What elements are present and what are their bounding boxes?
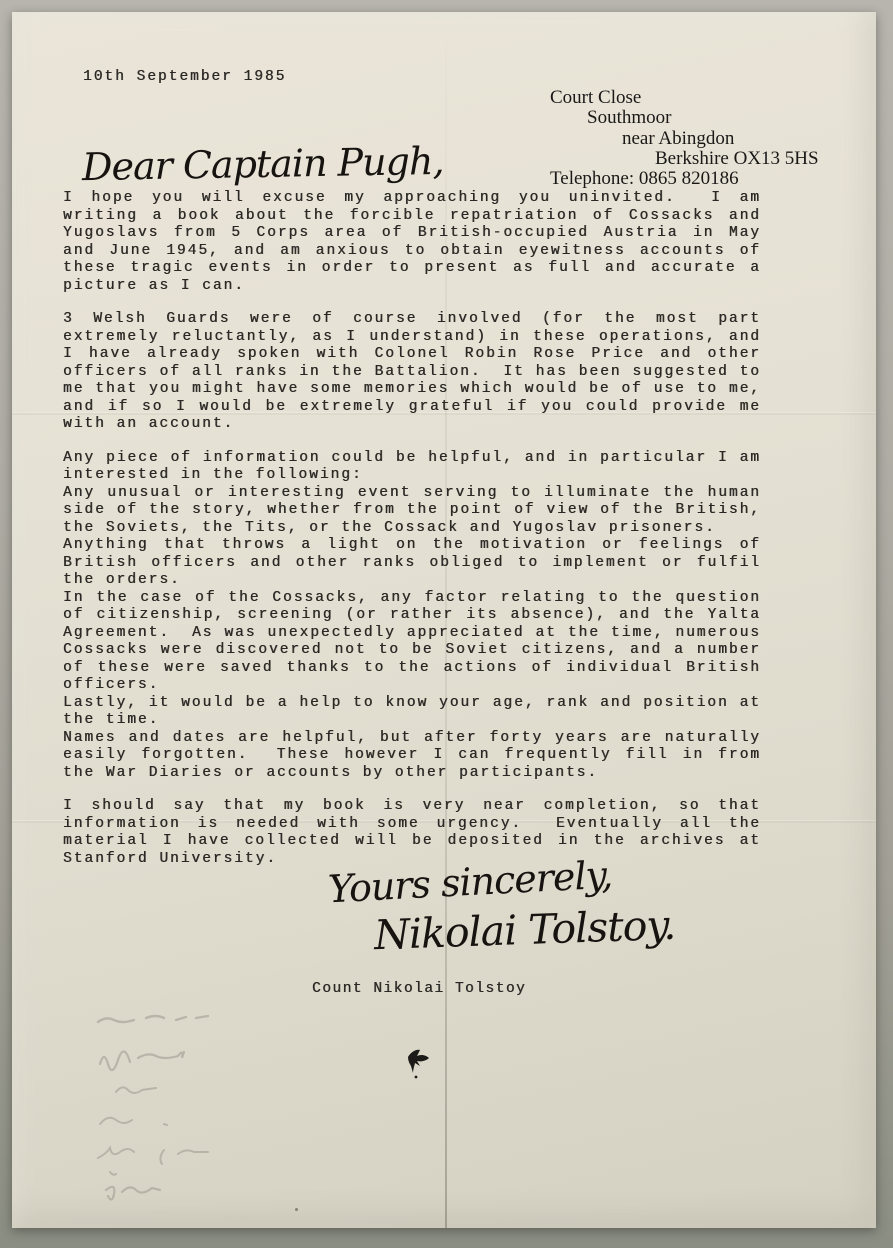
letter-page: 10th September 1985 Court CloseSouthmoor…: [12, 12, 876, 1228]
letter-line: Agreement. As was unexpectedly appreciat…: [63, 625, 761, 643]
body-paragraph: I hope you will excuse my approaching yo…: [63, 190, 761, 295]
paper-speck: [295, 1208, 298, 1211]
letter-line: I have already spoken with Colonel Robin…: [63, 346, 761, 364]
date-line: 10th September 1985: [83, 69, 286, 87]
letter-line: of citizenship, screening (or rather its…: [63, 607, 761, 625]
typed-signature: Count Nikolai Tolstoy: [312, 981, 526, 999]
letter-line: and June 1945, and am anxious to obtain …: [63, 243, 761, 261]
address-line: near Abingdon: [622, 129, 819, 149]
letter-line: I should say that my book is very near c…: [63, 798, 761, 816]
photo-background: 10th September 1985 Court CloseSouthmoor…: [0, 0, 893, 1248]
address-line: Court Close: [550, 88, 819, 108]
letter-body: I hope you will excuse my approaching yo…: [63, 190, 761, 884]
letter-line: British officers and other ranks obliged…: [63, 555, 761, 573]
letter-line: and if so I would be extremely grateful …: [63, 399, 761, 417]
greeting-handwritten: Dear Captain Pugh,: [82, 139, 444, 189]
letter-line: 3 Welsh Guards were of course involved (…: [63, 311, 761, 329]
letter-line: picture as I can.: [63, 278, 761, 296]
pencil-scribbles: [76, 1012, 246, 1207]
letter-line: easily forgotten. These however I can fr…: [63, 747, 761, 765]
address-line: Southmoor: [587, 108, 819, 128]
letter-line: extremely reluctantly, as I understand) …: [63, 329, 761, 347]
letter-line: with an account.: [63, 416, 761, 434]
body-paragraph: Any piece of information could be helpfu…: [63, 450, 761, 783]
letter-line: writing a book about the forcible repatr…: [63, 208, 761, 226]
letter-line: the Soviets, the Tits, or the Cossack an…: [63, 520, 761, 538]
address-line: Telephone: 0865 820186: [550, 169, 819, 189]
letter-line: the War Diaries or accounts by other par…: [63, 765, 761, 783]
letter-line: me that you might have some memories whi…: [63, 381, 761, 399]
signature-handwritten: Nikolai Tolstoy.: [373, 901, 676, 959]
letter-line: interested in the following:: [63, 467, 761, 485]
address-line: Berkshire OX13 5HS: [655, 149, 819, 169]
letter-line: Cossacks were discovered not to be Sovie…: [63, 642, 761, 660]
return-address: Court CloseSouthmoornear AbingdonBerkshi…: [550, 88, 819, 189]
letter-line: of these were saved thanks to the action…: [63, 660, 761, 678]
letter-line: side of the story, whether from the poin…: [63, 502, 761, 520]
ink-blot: [402, 1047, 436, 1083]
letter-line: In the case of the Cossacks, any factor …: [63, 590, 761, 608]
letter-line: Any piece of information could be helpfu…: [63, 450, 761, 468]
letter-line: the time.: [63, 712, 761, 730]
letter-line: officers of all ranks in the Battalion. …: [63, 364, 761, 382]
letter-line: Names and dates are helpful, but after f…: [63, 730, 761, 748]
letter-line: officers.: [63, 677, 761, 695]
body-paragraph: 3 Welsh Guards were of course involved (…: [63, 311, 761, 434]
letter-line: the orders.: [63, 572, 761, 590]
letter-line: material I have collected will be deposi…: [63, 833, 761, 851]
letter-line: information is needed with some urgency.…: [63, 816, 761, 834]
letter-line: Any unusual or interesting event serving…: [63, 485, 761, 503]
letter-line: Lastly, it would be a help to know your …: [63, 695, 761, 713]
letter-line: these tragic events in order to present …: [63, 260, 761, 278]
letter-line: I hope you will excuse my approaching yo…: [63, 190, 761, 208]
letter-line: Anything that throws a light on the moti…: [63, 537, 761, 555]
letter-line: Yugoslavs from 5 Corps area of British-o…: [63, 225, 761, 243]
body-paragraph: I should say that my book is very near c…: [63, 798, 761, 868]
